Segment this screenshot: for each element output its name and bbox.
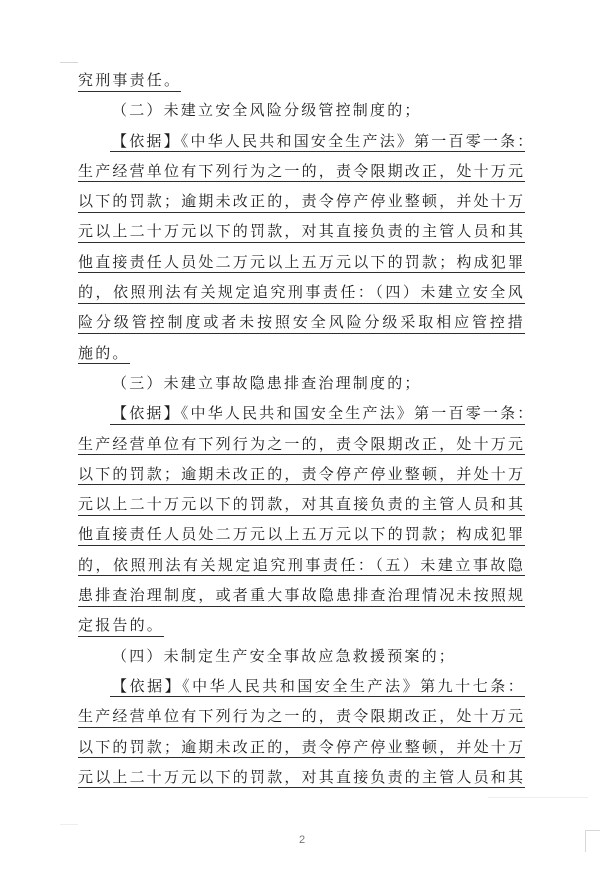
text-line: 生产经营单位有下列行为之一的，责令限期改正，处十万元 [78, 430, 525, 460]
legal-basis-text: 他直接责任人员处二万元以上五万元以下的罚款；构成犯罪 [78, 253, 525, 274]
item-heading: （四）未制定生产安全事故应急救援预案的； [112, 647, 456, 667]
item-heading: （二）未建立安全风险分级管控制度的； [112, 101, 422, 121]
legal-basis-text: 他直接责任人员处二万元以上五万元以下的罚款；构成犯罪 [78, 525, 525, 546]
item-heading: （三）未建立事故隐患排查治理制度的； [112, 374, 422, 394]
text-line: 他直接责任人员处二万元以上五万元以下的罚款；构成犯罪 [78, 520, 525, 550]
faint-shadow-line [488, 797, 588, 798]
crop-mark-top-left [60, 62, 78, 63]
text-line: （二）未建立安全风险分级管控制度的； [78, 96, 525, 126]
text-line: 生产经营单位有下列行为之一的，责令限期改正，处十万元 [78, 702, 525, 732]
page-number: 2 [296, 834, 308, 846]
legal-basis-citation: 【依据】《中华人民共和国安全生产法》第一百零一条： [110, 404, 525, 425]
violation-item: （三）未建立事故隐患排查治理制度的； 【依据】《中华人民共和国安全生产法》第一百… [78, 369, 525, 642]
text-line: 以下的罚款；逾期未改正的，责令停产停业整顿，并处十万 [78, 187, 525, 217]
legal-basis-text: 的，依照刑法有关规定追究刑事责任：（五）未建立事故隐 [78, 556, 525, 577]
text-line: 【依据】《中华人民共和国安全生产法》第一百零一条： [78, 399, 525, 429]
legal-basis-text: 生产经营单位有下列行为之一的，责令限期改正，处十万元 [78, 162, 525, 183]
text-line: 【依据】《中华人民共和国安全生产法》第一百零一条： [78, 127, 525, 157]
text-line: 的，依照刑法有关规定追究刑事责任：（五）未建立事故隐 [78, 551, 525, 581]
crop-mark-bottom-left [60, 824, 78, 825]
violation-item: （二）未建立安全风险分级管控制度的； 【依据】《中华人民共和国安全生产法》第一百… [78, 96, 525, 369]
legal-basis-citation: 【依据】《中华人民共和国安全生产法》第九十七条： [110, 677, 525, 698]
continuation-line: 究刑事责任。 [78, 71, 181, 92]
text-line: 元以上二十万元以下的罚款，对其直接负责的主管人员和其 [78, 217, 525, 247]
text-line: 施的。 [78, 339, 525, 369]
legal-basis-text: 元以上二十万元以下的罚款，对其直接负责的主管人员和其 [78, 495, 525, 516]
text-line: 以下的罚款；逾期未改正的，责令停产停业整顿，并处十万 [78, 460, 525, 490]
legal-basis-text: 定报告的。 [78, 616, 164, 637]
legal-basis-text: 施的。 [78, 344, 130, 365]
legal-basis-text: 元以上二十万元以下的罚款，对其直接负责的主管人员和其 [78, 222, 525, 243]
crop-mark-bottom-right-v [585, 830, 586, 852]
text-line: 的，依照刑法有关规定追究刑事责任：（四）未建立安全风 [78, 278, 525, 308]
legal-basis-text: 生产经营单位有下列行为之一的，责令限期改正，处十万元 [78, 435, 525, 456]
text-line: 定报告的。 [78, 611, 525, 641]
legal-basis-text: 患排查治理制度，或者重大事故隐患排查治理情况未按照规 [78, 586, 525, 607]
text-line: 他直接责任人员处二万元以上五万元以下的罚款；构成犯罪 [78, 248, 525, 278]
text-line: 究刑事责任。 [78, 66, 525, 96]
text-line: 患排查治理制度，或者重大事故隐患排查治理情况未按照规 [78, 581, 525, 611]
text-line: 生产经营单位有下列行为之一的，责令限期改正，处十万元 [78, 157, 525, 187]
text-line: 以下的罚款；逾期未改正的，责令停产停业整顿，并处十万 [78, 733, 525, 763]
legal-basis-citation: 【依据】《中华人民共和国安全生产法》第一百零一条： [110, 132, 525, 153]
text-line: 元以上二十万元以下的罚款，对其直接负责的主管人员和其 [78, 763, 525, 793]
text-line: （三）未建立事故隐患排查治理制度的； [78, 369, 525, 399]
legal-basis-text: 元以上二十万元以下的罚款，对其直接负责的主管人员和其 [78, 768, 525, 789]
text-line: （四）未制定生产安全事故应急救援预案的； [78, 642, 525, 672]
crop-mark-bottom-right-h [585, 830, 600, 831]
violation-item: （四）未制定生产安全事故应急救援预案的； 【依据】《中华人民共和国安全生产法》第… [78, 642, 525, 793]
legal-basis-text: 的，依照刑法有关规定追究刑事责任：（四）未建立安全风 [78, 283, 525, 304]
legal-basis-text: 以下的罚款；逾期未改正的，责令停产停业整顿，并处十万 [78, 465, 525, 486]
legal-basis-text: 以下的罚款；逾期未改正的，责令停产停业整顿，并处十万 [78, 192, 525, 213]
document-page-body: 究刑事责任。 （二）未建立安全风险分级管控制度的； 【依据】《中华人民共和国安全… [78, 66, 525, 793]
text-line: 元以上二十万元以下的罚款，对其直接负责的主管人员和其 [78, 490, 525, 520]
legal-basis-text: 险分级管控制度或者未按照安全风险分级采取相应管控措 [78, 313, 525, 334]
legal-basis-text: 生产经营单位有下列行为之一的，责令限期改正，处十万元 [78, 707, 525, 728]
text-line: 【依据】《中华人民共和国安全生产法》第九十七条： [78, 672, 525, 702]
text-line: 险分级管控制度或者未按照安全风险分级采取相应管控措 [78, 308, 525, 338]
legal-basis-text: 以下的罚款；逾期未改正的，责令停产停业整顿，并处十万 [78, 738, 525, 759]
